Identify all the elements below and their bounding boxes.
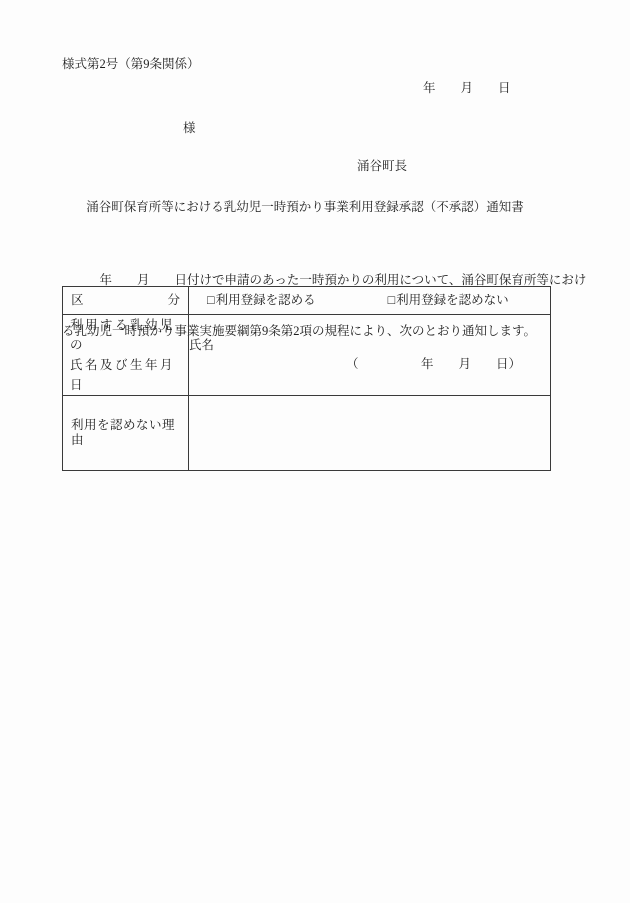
issue-date-line: 年 月 日	[423, 81, 511, 96]
option-approve: □ 利用登録を認める	[207, 293, 316, 308]
division-label-right: 分	[167, 293, 180, 308]
document-page: 様式第2号（第9条関係） 年 月 日 様 涌谷町長 涌谷町保育所等における乳幼児…	[0, 0, 630, 903]
child-name-header-cell: 利用する乳幼児の 氏名及び生年月日	[63, 315, 189, 396]
name-field-label: 氏名	[189, 336, 550, 355]
option-deny-label: 利用登録を認めない	[396, 293, 509, 308]
form-number: 様式第2号（第9条関係）	[62, 57, 200, 72]
table-row-reason: 利用を認めない理由	[63, 396, 551, 471]
checkbox-approve-icon: □	[207, 293, 215, 308]
option-deny: □ 利用登録を認めない	[388, 293, 509, 308]
reason-header-label: 利用を認めない理由	[63, 418, 188, 448]
option-approve-label: 利用登録を認める	[216, 293, 316, 308]
child-name-header-line-1: 利用する乳幼児の	[70, 315, 181, 355]
birthdate-placeholder: （ 年 月 日）	[346, 357, 521, 371]
document-title: 涌谷町保育所等における乳幼児一時預かり事業利用登録承認（不承認）通知書	[62, 200, 548, 215]
child-name-value-cell: 氏名 （ 年 月 日）	[189, 315, 551, 396]
division-options-cell: □ 利用登録を認める □ 利用登録を認めない	[189, 287, 551, 315]
division-header-cell: 区 分	[63, 287, 189, 315]
table-row-division: 区 分 □ 利用登録を認める □ 利用登録を認めない	[63, 287, 551, 315]
registration-options: □ 利用登録を認める □ 利用登録を認めない	[189, 293, 550, 308]
birthdate-line: （ 年 月 日）	[189, 355, 550, 374]
sender-mayor: 涌谷町長	[357, 159, 407, 174]
child-name-header-line-2: 氏名及び生年月日	[70, 355, 181, 395]
table-row-child-name: 利用する乳幼児の 氏名及び生年月日 氏名 （ 年 月 日）	[63, 315, 551, 396]
notification-table: 区 分 □ 利用登録を認める □ 利用登録を認めない	[62, 286, 551, 471]
division-label-left: 区	[71, 293, 84, 308]
addressee-suffix: 様	[183, 121, 196, 136]
reason-header-cell: 利用を認めない理由	[63, 396, 189, 471]
division-header: 区 分	[63, 293, 188, 308]
child-name-header: 利用する乳幼児の 氏名及び生年月日	[63, 315, 188, 395]
checkbox-deny-icon: □	[388, 293, 396, 308]
reason-content-cell	[189, 396, 551, 471]
